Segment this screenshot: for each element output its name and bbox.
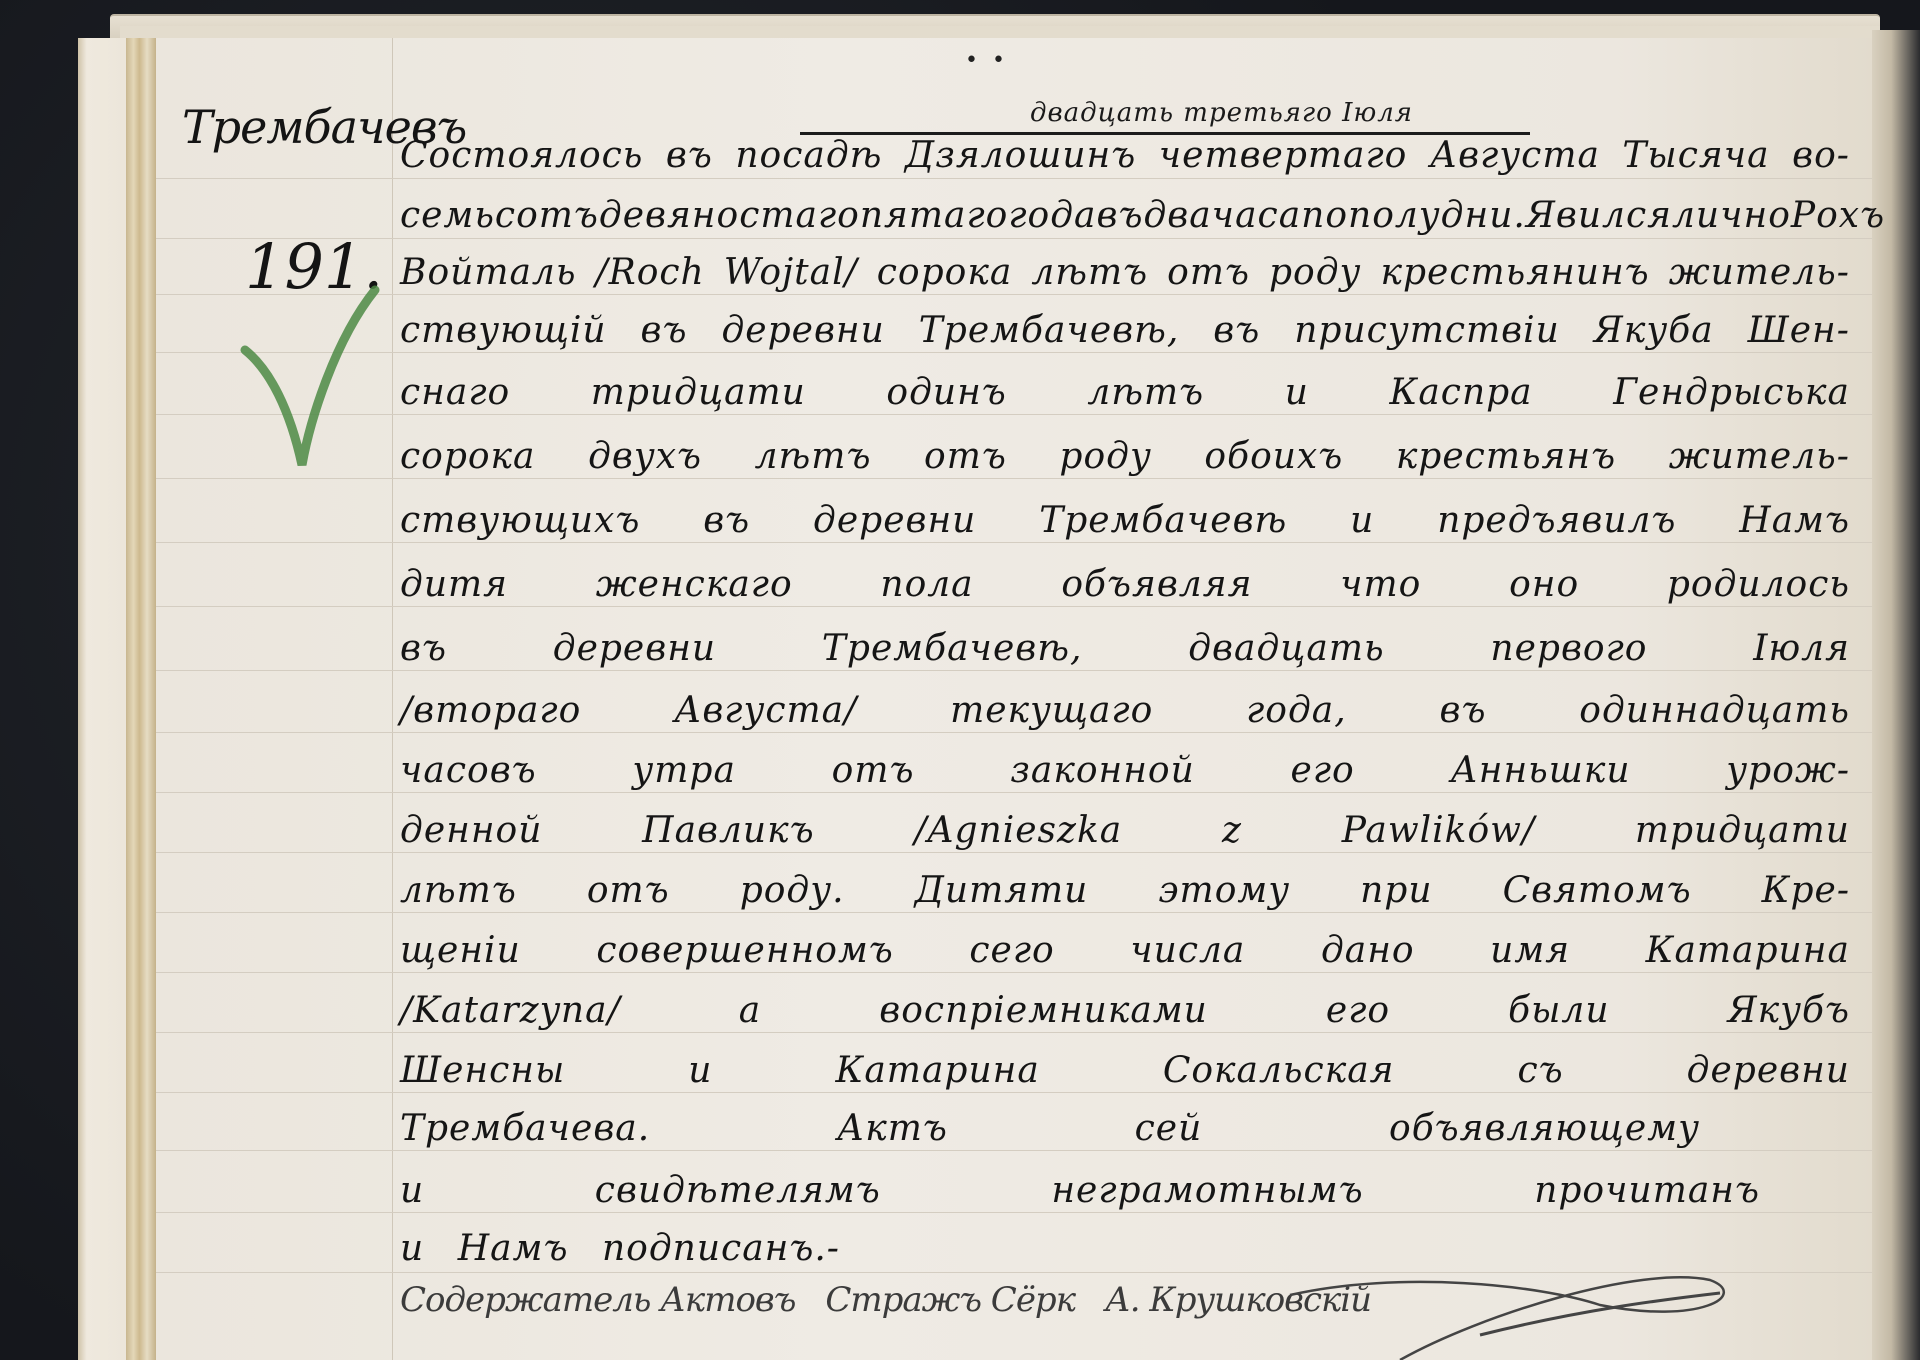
signature-flourish xyxy=(1280,1275,1760,1360)
margin-divider xyxy=(392,38,393,1360)
previous-page-edge xyxy=(78,38,126,1360)
ruled-line xyxy=(156,1032,1872,1033)
signature-registrar: Содержатель Актовъ xyxy=(400,1280,795,1360)
ruled-line xyxy=(156,478,1872,479)
record-line-6: сорокадвухълѣтъотъродуобоихъкрестьянъжит… xyxy=(400,436,1850,477)
ruled-line xyxy=(156,178,1872,179)
ruled-line xyxy=(156,972,1872,973)
book-binding xyxy=(126,38,156,1360)
ink-dots: •• xyxy=(965,48,1019,73)
record-line-10: /вторагоАвгуста/текущагогода,въодиннадца… xyxy=(400,690,1850,731)
record-line-9: въдеревниТрембачевѣ,двадцатьпервогоІюля xyxy=(400,628,1850,669)
ruled-line xyxy=(156,414,1872,415)
record-line-1: СостоялосьвъпосадѣДзялошинъчетвертагоАвг… xyxy=(400,135,1850,176)
record-line-16: ШенсныиКатаринаСокальскаясъдеревни xyxy=(400,1050,1850,1091)
ruled-line xyxy=(156,352,1872,353)
ruled-line xyxy=(156,792,1872,793)
record-line-14: щеніисовершенномъсегочисладаноимяКатарин… xyxy=(400,930,1850,971)
ruled-line xyxy=(156,1150,1872,1151)
record-line-15: /Katarzyna/авоспріемникамиегобылиЯкубъ xyxy=(400,990,1850,1031)
green-check-mark-icon xyxy=(240,280,380,470)
ruled-line xyxy=(156,238,1872,239)
ruled-line xyxy=(156,1212,1872,1213)
interlinear-correction: двадцать третьяго Іюля xyxy=(1030,98,1413,128)
record-line-3: Войталь/RochWojtal/сорокалѣтъотъродукрес… xyxy=(400,252,1850,293)
ruled-line xyxy=(156,542,1872,543)
record-line-11: часовъутраотъзаконнойегоАнньшкиурож- xyxy=(400,750,1850,791)
record-line-19: иНамъподписанъ.- xyxy=(400,1228,840,1269)
record-line-4: ствующійвъдеревниТрембачевѣ,въприсутстві… xyxy=(400,310,1850,351)
record-line-5: снаготридцатиодинълѣтъиКаспраГендрыська xyxy=(400,372,1850,413)
ruled-line xyxy=(156,1092,1872,1093)
record-line-13: лѣтъотъроду.ДитятиэтомуприСвятомъКре- xyxy=(400,870,1850,911)
record-line-12: деннойПавликъ/AgnieszkazPawlików/тридцат… xyxy=(400,810,1850,851)
ruled-line xyxy=(156,294,1872,295)
signature-witness: Стражъ Сёрк xyxy=(825,1280,1075,1360)
ruled-line xyxy=(156,606,1872,607)
record-line-18: исвидѣтелямънеграмотнымъпрочитанъ xyxy=(400,1170,1760,1211)
ruled-line xyxy=(156,852,1872,853)
ruled-line xyxy=(156,912,1872,913)
ruled-line xyxy=(156,670,1872,671)
ruled-line xyxy=(156,732,1872,733)
record-line-8: дитяженскагополаобъявляячтоонородилось xyxy=(400,564,1850,605)
ruled-line xyxy=(156,1272,1872,1273)
record-line-7: ствующихъвъдеревниТрембачевѣипредъявилъН… xyxy=(400,500,1850,541)
record-line-2: семьсотъдевяностагопятагогодавъдвачасапо… xyxy=(400,195,1850,236)
record-line-17: Трембачева.Актъсейобъявляющему xyxy=(400,1108,1700,1149)
